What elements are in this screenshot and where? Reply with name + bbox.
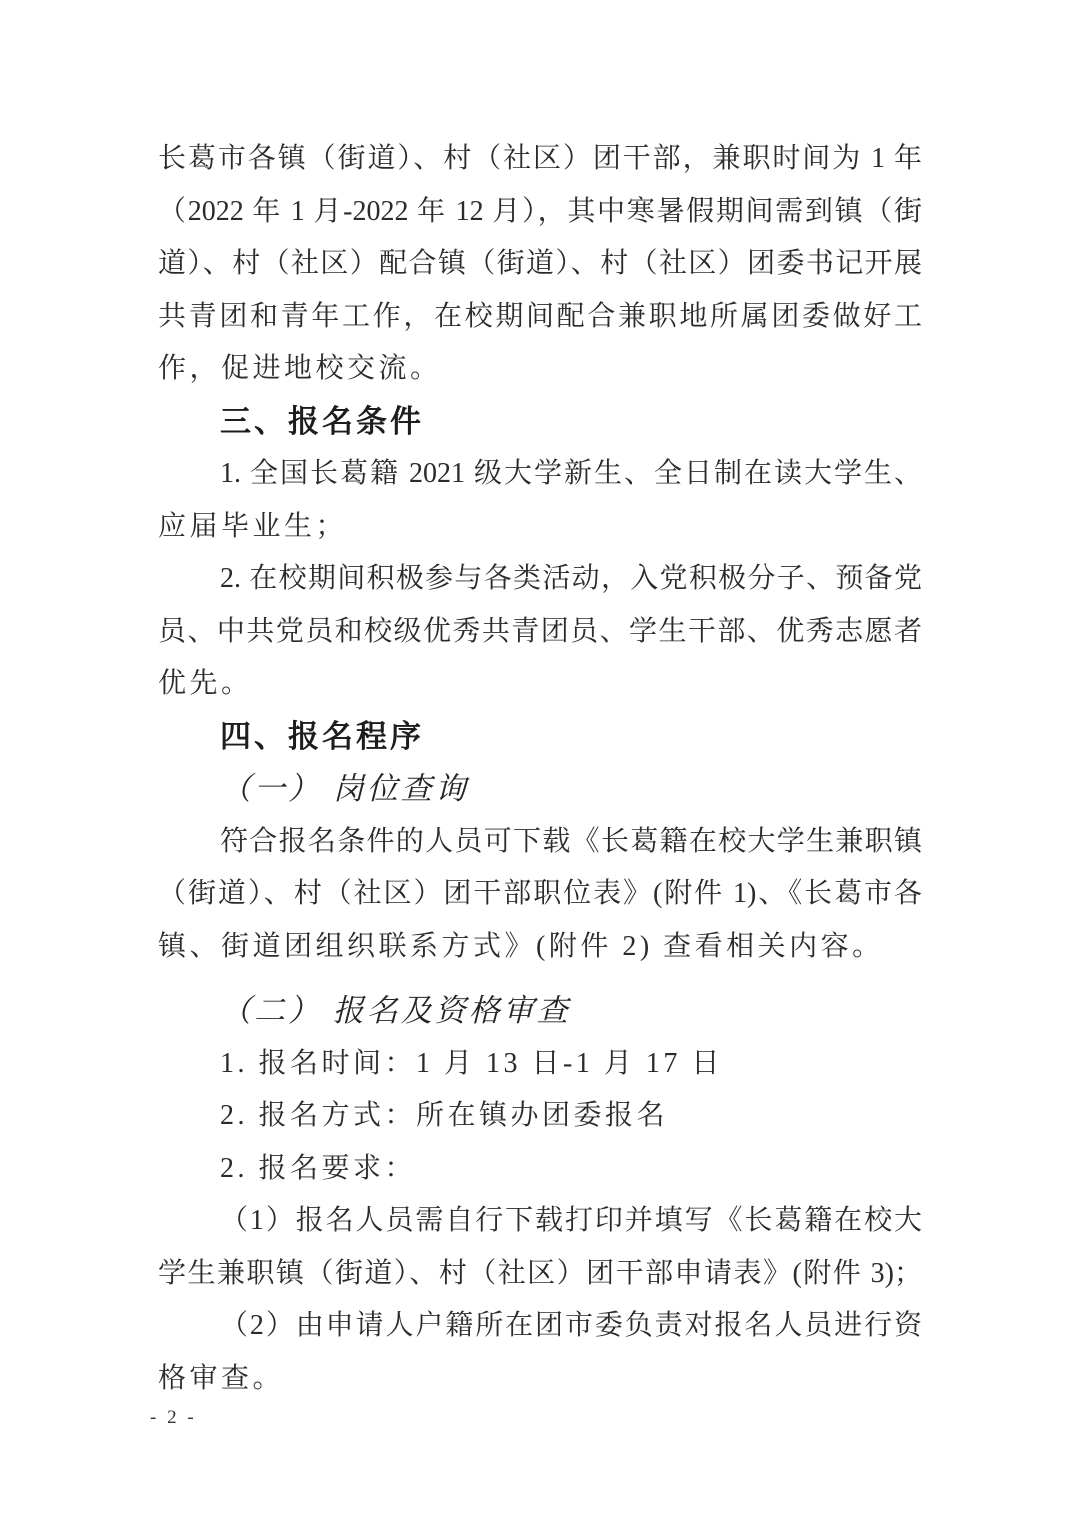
- conditions-item1-line: 应届毕业生；: [158, 501, 922, 554]
- page-number: - 2 -: [150, 1398, 197, 1438]
- requirement2-line: （2）由申请人户籍所在团市委负责对报名人员进行资: [158, 1300, 922, 1353]
- query-paragraph-line: 镇、街道团组织联系方式》(附件 2) 查看相关内容。: [158, 921, 922, 974]
- query-paragraph-line: 符合报名条件的人员可下载《长葛籍在校大学生兼职镇: [158, 816, 922, 869]
- apply-item-requirement: 2. 报名要求：: [158, 1143, 922, 1196]
- intro-paragraph-line: （2022 年 1 月-2022 年 12 月），其中寒暑假期间需到镇（街: [158, 186, 922, 239]
- intro-paragraph-line: 长葛市各镇（街道）、村（社区）团干部，兼职时间为 1 年: [158, 133, 922, 186]
- intro-paragraph-line: 作，促进地校交流。: [158, 343, 922, 396]
- conditions-item2-line: 优先。: [158, 658, 922, 711]
- conditions-item2-line: 员、中共党员和校级优秀共青团员、学生干部、优秀志愿者: [158, 606, 922, 659]
- query-paragraph-line: （街道）、村（社区）团干部职位表》(附件 1)、《长葛市各: [158, 868, 922, 921]
- intro-paragraph-line: 道）、村（社区）配合镇（街道）、村（社区）团委书记开展: [158, 238, 922, 291]
- requirement2-line: 格审查。: [158, 1353, 922, 1406]
- section-heading-conditions: 三、报名条件: [158, 396, 922, 449]
- document-body: 长葛市各镇（街道）、村（社区）团干部，兼职时间为 1 年 （2022 年 1 月…: [158, 133, 922, 1405]
- section-heading-procedure: 四、报名程序: [158, 711, 922, 764]
- conditions-item2-line: 2. 在校期间积极参与各类活动，入党积极分子、预备党: [158, 553, 922, 606]
- document-page: 长葛市各镇（街道）、村（社区）团干部，兼职时间为 1 年 （2022 年 1 月…: [0, 0, 1080, 1527]
- apply-item-method: 2. 报名方式：所在镇办团委报名: [158, 1090, 922, 1143]
- requirement1-line: 学生兼职镇（街道）、村（社区）团干部申请表》(附件 3)；: [158, 1248, 922, 1301]
- requirement1-line: （1）报名人员需自行下载打印并填写《长葛籍在校大: [158, 1195, 922, 1248]
- apply-item-time: 1. 报名时间：1 月 13 日-1 月 17 日: [158, 1038, 922, 1091]
- intro-paragraph-line: 共青团和青年工作，在校期间配合兼职地所属团委做好工: [158, 291, 922, 344]
- subsection-heading-position-query: （一） 岗位查询: [158, 763, 922, 816]
- subsection-heading-apply-review: （二） 报名及资格审查: [158, 985, 922, 1038]
- conditions-item1-line: 1. 全国长葛籍 2021 级大学新生、全日制在读大学生、: [158, 448, 922, 501]
